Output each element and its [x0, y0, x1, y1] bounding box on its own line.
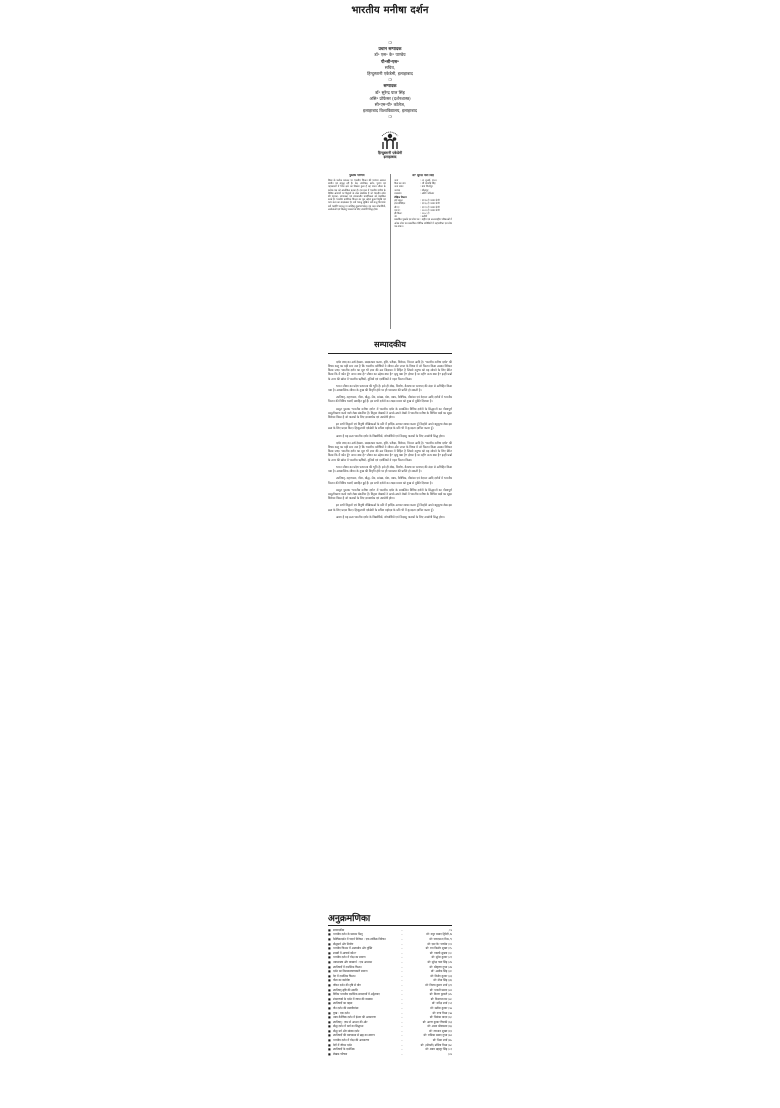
field-label: व्यवसाय — [394, 192, 420, 195]
editorial-paragraph: आशा है यह ग्रन्थ भारतीय दर्शन के विद्यार… — [328, 434, 452, 438]
editorial-paragraph: इन सभी विद्वानों एवं विदुषी लेखिकाओं के … — [328, 422, 452, 430]
document-page: भारतीय मनीषा दर्शन ❍ प्रधान सम्पादक डॉ॰ … — [328, 0, 452, 1056]
editorial-paragraph: दर्शन शब्द का अर्थ देखना, साक्षात्कार कर… — [328, 441, 452, 462]
ornament-icon: ❍ — [328, 114, 452, 120]
book-title: भारतीय मनीषा दर्शन — [328, 2, 452, 16]
education-fields: हाई स्कूल: १९९४ ई॰ प्रथम श्रेणीइण्टरमीडि… — [394, 199, 452, 218]
editorial-paragraph: भारत जीवन का प्रदेश परमात्मा की भूमि है।… — [328, 465, 452, 473]
editorial-paragraph: प्रस्तुत पुस्तक 'भारतीय मनीषा दर्शन' में… — [328, 407, 452, 420]
editorial-body: दर्शन शब्द का अर्थ देखना, साक्षात्कार कर… — [328, 360, 452, 905]
toc-entry-author-page: /८४ — [405, 1052, 452, 1057]
toc-entry-title: लेखक परिचय — [333, 1052, 399, 1057]
editorial-title: सम्पादकीय — [328, 339, 452, 350]
table-of-contents: ■सम्पादकीय–/ ४■भारतीय दर्शन के प्रस्थान … — [328, 928, 452, 1057]
credits-block: ❍ प्रधान सम्पादक डॉ॰ एस॰ के॰ पाण्डेय पी॰… — [328, 40, 452, 121]
editorial-paragraph: आशा है यह ग्रन्थ भारतीय दर्शन के विद्यार… — [328, 515, 452, 519]
author-bio-heading: डॉ॰ सुरेन्द्र पाल सिंह — [394, 174, 452, 177]
author-bio-column: डॉ॰ सुरेन्द्र पाल सिंह जन्म: ०१ जुलाई, १… — [394, 174, 452, 329]
field-value: : असि॰ प्रोफेसर — [420, 192, 434, 195]
title-rule — [328, 353, 452, 354]
editorial-paragraph: उपनिषद्, महाभारत, गीता, बौद्ध, जैन, सांख… — [328, 476, 452, 484]
book-intro-text: विश्व के प्रत्येक धरातल पर भारतीय चिन्तन… — [328, 179, 386, 211]
author-bio-text: प्रकाशित पुस्तकें एवं शोध पत्र : राष्ट्र… — [394, 218, 452, 228]
editorial-paragraph: इन सभी विद्वानों एवं विदुषी लेखिकाओं के … — [328, 503, 452, 511]
bio-fields: जन्म: ०१ जुलाई, १९७९पिता का नाम: श्री रा… — [394, 179, 452, 195]
editorial-paragraph: उपनिषद्, महाभारत, गीता, बौद्ध, जैन, सांख… — [328, 395, 452, 403]
toc-entry[interactable]: ■लेखक परिचय–/८४ — [328, 1052, 452, 1057]
editorial-paragraph: प्रस्तुत पुस्तक 'भारतीय मनीषा दर्शन' में… — [328, 488, 452, 501]
back-cover-columns: पुस्तक परिचय विश्व के प्रत्येक धरातल पर … — [328, 174, 452, 329]
publisher-city: इलाहाबाद — [328, 155, 452, 160]
book-intro-heading: पुस्तक परिचय — [328, 174, 386, 177]
editorial-paragraph: भारत जीवन का प्रदेश परमात्मा की भूमि है।… — [328, 384, 452, 392]
toc-title: अनुक्रमणिका — [328, 911, 452, 924]
book-intro-column: पुस्तक परिचय विश्व के प्रत्येक धरातल पर … — [328, 174, 386, 329]
bio-field-row: व्यवसाय: असि॰ प्रोफेसर — [394, 192, 452, 195]
column-divider — [390, 174, 391, 329]
editorial-paragraph: दर्शन शब्द का अर्थ देखना, साक्षात्कार कर… — [328, 360, 452, 381]
publisher-logo-icon — [379, 127, 401, 151]
toc-rule — [328, 925, 452, 926]
